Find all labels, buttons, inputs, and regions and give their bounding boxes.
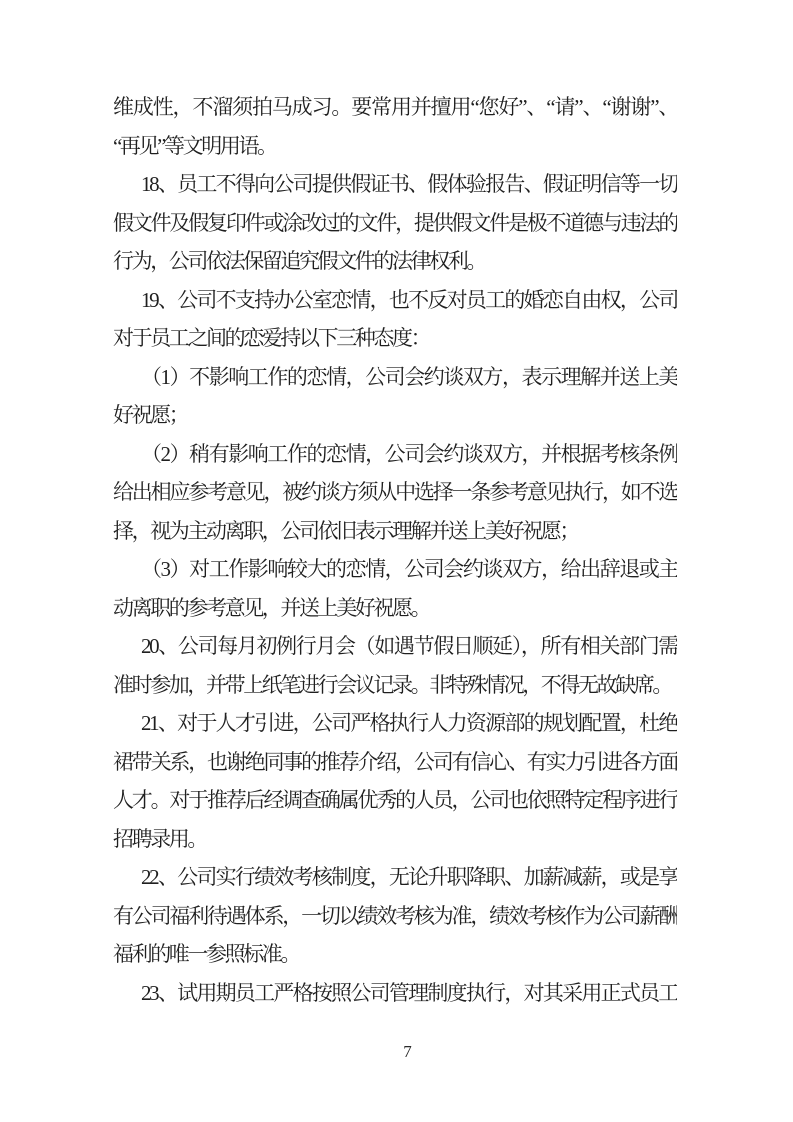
text-line: 假文件及假复印件或涂改过的文件，提供假文件是极不道德与违法的	[113, 204, 677, 243]
text-line: 福利的唯一参照标准。	[113, 935, 677, 974]
text-line: 给出相应参考意见，被约谈方须从中选择一条参考意见执行，如不选	[113, 473, 677, 512]
text-line: 19、公司不支持办公室恋情，也不反对员工的婚恋自由权，公司	[113, 281, 677, 320]
document-body: 维成性，不溜须拍马成习。要常用并擅用“您好”、“请”、“谢谢”、“再见”等文明用…	[113, 88, 677, 1012]
text-line: 18、员工不得向公司提供假证书、假体验报告、假证明信等一切	[113, 165, 677, 204]
text-line: 人才。对于推荐后经调查确属优秀的人员，公司也依照特定程序进行	[113, 781, 677, 820]
text-line: “再见”等文明用语。	[113, 127, 677, 166]
text-line: （3）对工作影响较大的恋情，公司会约谈双方，给出辞退或主	[113, 550, 677, 589]
document-page: 维成性，不溜须拍马成习。要常用并擅用“您好”、“请”、“谢谢”、“再见”等文明用…	[0, 0, 793, 1122]
text-line: 维成性，不溜须拍马成习。要常用并擅用“您好”、“请”、“谢谢”、	[113, 88, 677, 127]
page-number: 7	[0, 1042, 793, 1062]
text-line: 20、公司每月初例行月会（如遇节假日顺延），所有相关部门需	[113, 627, 677, 666]
text-line: 好祝愿；	[113, 396, 677, 435]
text-line: （1）不影响工作的恋情，公司会约谈双方，表示理解并送上美	[113, 358, 677, 397]
text-line: 择，视为主动离职，公司依旧表示理解并送上美好祝愿；	[113, 512, 677, 551]
text-line: 21、对于人才引进，公司严格执行人力资源部的规划配置，杜绝	[113, 704, 677, 743]
text-line: 动离职的参考意见，并送上美好祝愿。	[113, 589, 677, 628]
text-line: 有公司福利待遇体系，一切以绩效考核为准，绩效考核作为公司薪酬	[113, 897, 677, 936]
text-line: 22、公司实行绩效考核制度，无论升职降职、加薪减薪，或是享	[113, 858, 677, 897]
text-line: 行为，公司依法保留追究假文件的法律权利。	[113, 242, 677, 281]
text-line: 裙带关系，也谢绝同事的推荐介绍，公司有信心、有实力引进各方面	[113, 743, 677, 782]
text-line: 对于员工之间的恋爱持以下三种态度：	[113, 319, 677, 358]
text-line: （2）稍有影响工作的恋情，公司会约谈双方，并根据考核条例	[113, 435, 677, 474]
text-line: 准时参加，并带上纸笔进行会议记录。非特殊情况，不得无故缺席。	[113, 666, 677, 705]
text-line: 招聘录用。	[113, 820, 677, 859]
text-line: 23、试用期员工严格按照公司管理制度执行，对其采用正式员工	[113, 974, 677, 1013]
